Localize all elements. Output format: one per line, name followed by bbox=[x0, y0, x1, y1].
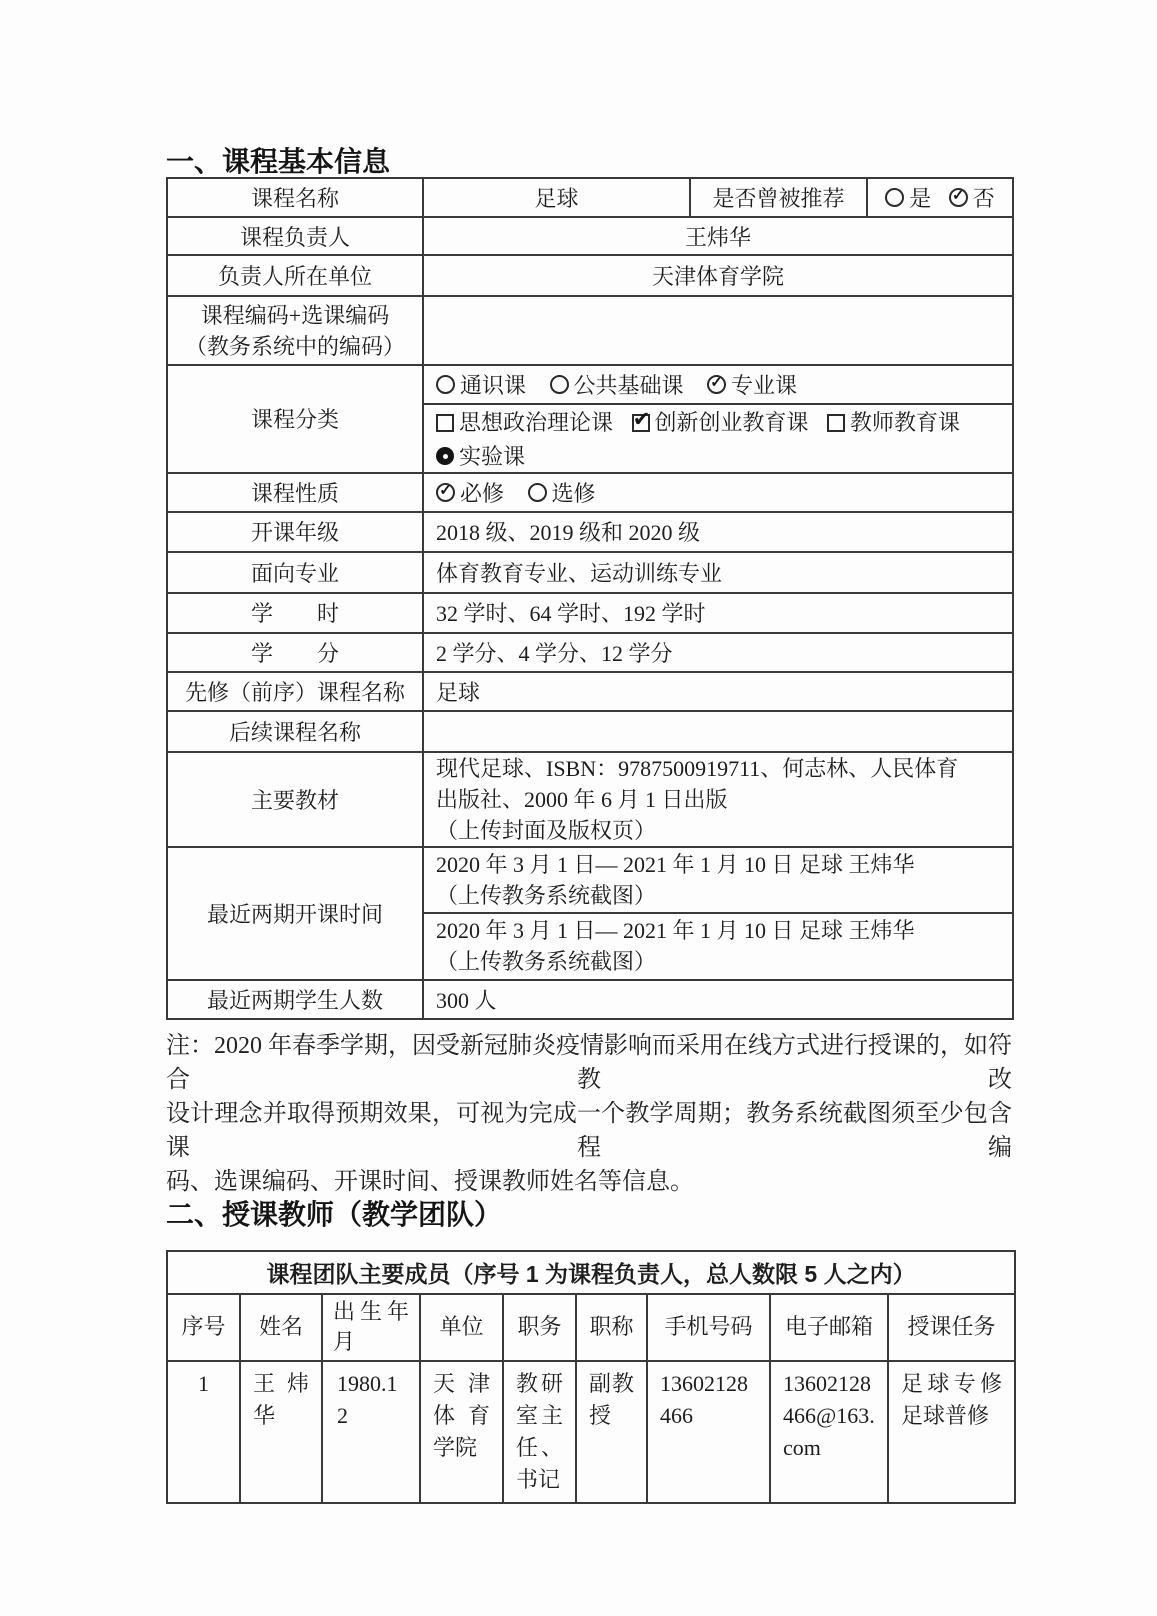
member-unit: 天津体育学院 bbox=[420, 1361, 503, 1503]
radio-checked-icon: ✓ bbox=[436, 483, 455, 502]
radio-unchecked-icon bbox=[436, 375, 455, 394]
term-line: （上传教务系统截图） bbox=[436, 880, 1000, 911]
option-label: 思想政治理论课 bbox=[459, 407, 613, 438]
textbook-line: （上传封面及版权页） bbox=[436, 815, 1000, 846]
col-header-duty: 职务 bbox=[503, 1294, 576, 1361]
option-label: 创新创业教育课 bbox=[655, 407, 809, 438]
subsequent-value[interactable] bbox=[423, 711, 1013, 752]
prerequisite-label: 先修（前序）课程名称 bbox=[167, 672, 423, 711]
classification-options-row2: 思想政治理论课 ✔ 创新创业教育课 教师教育课 bbox=[423, 404, 1013, 473]
row-students: 最近两期学生人数 300 人 bbox=[167, 980, 1013, 1019]
row-grade: 开课年级 2018 级、2019 级和 2020 级 bbox=[167, 512, 1013, 552]
member-title: 副教授 bbox=[576, 1361, 647, 1503]
option-innovation-course[interactable]: ✔ 创新创业教育课 bbox=[632, 407, 809, 438]
recommended-label: 是否曾被推荐 bbox=[690, 178, 867, 217]
col-header-phone: 手机号码 bbox=[647, 1294, 770, 1361]
row-leader: 课程负责人 王炜华 bbox=[167, 217, 1013, 255]
member-phone: 13602128466 bbox=[647, 1361, 770, 1503]
option-elective[interactable]: 选修 bbox=[528, 477, 596, 508]
radio-filled-icon bbox=[436, 447, 454, 465]
option-label: 教师教育课 bbox=[850, 407, 960, 438]
recent-terms-label: 最近两期开课时间 bbox=[167, 847, 423, 980]
radio-unchecked-icon bbox=[528, 483, 547, 502]
hours-label: 学 时 bbox=[167, 593, 423, 633]
textbook-line: 现代足球、ISBN：9787500919711、何志林、人民体育 bbox=[436, 753, 1000, 784]
teaching-team-table: 课程团队主要成员（序号 1 为课程负责人，总人数限 5 人之内） 序号 姓名 出… bbox=[166, 1250, 1016, 1504]
member-email: 13602128466@163.com bbox=[770, 1361, 888, 1503]
document-content: 一、课程基本信息 课程名称 足球 是否曾被推荐 是 ✓ 否 bbox=[166, 146, 1014, 1504]
leader-unit-value: 天津体育学院 bbox=[423, 255, 1013, 296]
grade-value: 2018 级、2019 级和 2020 级 bbox=[423, 512, 1013, 552]
recent-term2-value: 2020 年 3 月 1 日— 2021 年 1 月 10 日 足球 王炜华 （… bbox=[423, 913, 1013, 980]
team-table-title-row: 课程团队主要成员（序号 1 为课程负责人，总人数限 5 人之内） bbox=[167, 1251, 1015, 1294]
credits-value: 2 学分、4 学分、12 学分 bbox=[423, 633, 1013, 672]
term-line: 2020 年 3 月 1 日— 2021 年 1 月 10 日 足球 王炜华 bbox=[436, 915, 1000, 946]
leader-label: 课程负责人 bbox=[167, 217, 423, 255]
option-label: 专业课 bbox=[731, 369, 797, 400]
option-label: 是 bbox=[909, 182, 931, 213]
majors-label: 面向专业 bbox=[167, 552, 423, 593]
row-credits: 学 分 2 学分、4 学分、12 学分 bbox=[167, 633, 1013, 672]
col-header-task: 授课任务 bbox=[888, 1294, 1015, 1361]
term-line: （上传教务系统截图） bbox=[436, 946, 1000, 977]
radio-unchecked-icon bbox=[550, 375, 569, 394]
course-name-label: 课程名称 bbox=[167, 178, 423, 217]
member-task: 足球专修 足球普修 bbox=[888, 1361, 1015, 1503]
recommended-options: 是 ✓ 否 bbox=[867, 178, 1013, 217]
option-experimental-course[interactable]: 实验课 bbox=[436, 441, 525, 472]
option-ideological-course[interactable]: 思想政治理论课 bbox=[436, 407, 613, 438]
prerequisite-value: 足球 bbox=[423, 672, 1013, 711]
footnote-line: 注：2020 年春季学期，因受新冠肺炎疫情影响而采用在线方式进行授课的，如符合教… bbox=[166, 1029, 1012, 1097]
row-course-code: 课程编码+选课编码 （教务系统中的编码） bbox=[167, 296, 1013, 365]
nature-options: ✓ 必修 选修 bbox=[423, 473, 1013, 512]
col-header-unit: 单位 bbox=[420, 1294, 503, 1361]
majors-value: 体育教育专业、运动训练专业 bbox=[423, 552, 1013, 593]
classification-options-row1: 通识课 公共基础课 ✓ 专业课 bbox=[423, 365, 1013, 404]
row-prerequisite: 先修（前序）课程名称 足球 bbox=[167, 672, 1013, 711]
course-code-label-line2: （教务系统中的编码） bbox=[178, 331, 412, 362]
textbook-line: 出版社、2000 年 6 月 1 日出版 bbox=[436, 784, 1000, 815]
textbook-value: 现代足球、ISBN：9787500919711、何志林、人民体育 出版社、200… bbox=[423, 752, 1013, 847]
row-majors: 面向专业 体育教育专业、运动训练专业 bbox=[167, 552, 1013, 593]
term-line: 2020 年 3 月 1 日— 2021 年 1 月 10 日 足球 王炜华 bbox=[436, 849, 1000, 880]
team-table-header-row: 序号 姓名 出生年月 单位 职务 职称 手机号码 电子邮箱 授课任务 bbox=[167, 1294, 1015, 1361]
row-hours: 学 时 32 学时、64 学时、192 学时 bbox=[167, 593, 1013, 633]
footnote-line: 设计理念并取得预期效果，可视为完成一个教学周期；教务系统截图须至少包含课程编 bbox=[166, 1097, 1012, 1165]
member-name: 王炜华 bbox=[240, 1361, 322, 1503]
footnote: 注：2020 年春季学期，因受新冠肺炎疫情影响而采用在线方式进行授课的，如符合教… bbox=[166, 1029, 1012, 1199]
option-label: 通识课 bbox=[460, 369, 526, 400]
course-name-value: 足球 bbox=[423, 178, 690, 217]
option-professional-course[interactable]: ✓ 专业课 bbox=[707, 369, 797, 400]
col-header-email: 电子邮箱 bbox=[770, 1294, 888, 1361]
member-no: 1 bbox=[167, 1361, 240, 1503]
row-classification-1: 课程分类 通识课 公共基础课 ✓ 专业课 bbox=[167, 365, 1013, 404]
radio-checked-icon: ✓ bbox=[949, 188, 968, 207]
subsequent-label: 后续课程名称 bbox=[167, 711, 423, 752]
grade-label: 开课年级 bbox=[167, 512, 423, 552]
leader-unit-label: 负责人所在单位 bbox=[167, 255, 423, 296]
col-header-name: 姓名 bbox=[240, 1294, 322, 1361]
leader-value: 王炜华 bbox=[423, 217, 1013, 255]
students-label: 最近两期学生人数 bbox=[167, 980, 423, 1019]
option-label: 必修 bbox=[460, 477, 504, 508]
option-label: 选修 bbox=[552, 477, 596, 508]
footnote-line: 码、选课编码、开课时间、授课教师姓名等信息。 bbox=[166, 1165, 1012, 1199]
col-header-birth: 出生年月 bbox=[322, 1294, 420, 1361]
credits-label: 学 分 bbox=[167, 633, 423, 672]
students-value: 300 人 bbox=[423, 980, 1013, 1019]
option-label: 公共基础课 bbox=[574, 369, 684, 400]
checkbox-unchecked-icon bbox=[827, 414, 845, 432]
option-public-basic-course[interactable]: 公共基础课 bbox=[550, 369, 684, 400]
row-textbook: 主要教材 现代足球、ISBN：9787500919711、何志林、人民体育 出版… bbox=[167, 752, 1013, 847]
col-header-no: 序号 bbox=[167, 1294, 240, 1361]
option-recommended-yes[interactable]: 是 bbox=[885, 182, 931, 213]
row-recent-term-1: 最近两期开课时间 2020 年 3 月 1 日— 2021 年 1 月 10 日… bbox=[167, 847, 1013, 913]
radio-unchecked-icon bbox=[885, 188, 904, 207]
option-label: 否 bbox=[973, 182, 995, 213]
section1-title: 一、课程基本信息 bbox=[166, 146, 1014, 177]
nature-label: 课程性质 bbox=[167, 473, 423, 512]
option-label: 实验课 bbox=[459, 441, 525, 472]
option-recommended-no[interactable]: ✓ 否 bbox=[949, 182, 995, 213]
option-general-course[interactable]: 通识课 bbox=[436, 369, 526, 400]
col-header-title: 职称 bbox=[576, 1294, 647, 1361]
row-course-name: 课程名称 足球 是否曾被推荐 是 ✓ 否 bbox=[167, 178, 1013, 217]
section2-title: 二、授课教师（教学团队） bbox=[166, 1199, 1014, 1230]
member-birth: 1980.12 bbox=[322, 1361, 420, 1503]
document-page: 一、课程基本信息 课程名称 足球 是否曾被推荐 是 ✓ 否 bbox=[0, 0, 1157, 1616]
course-code-label-line1: 课程编码+选课编码 bbox=[178, 300, 412, 331]
checkbox-unchecked-icon bbox=[436, 414, 454, 432]
classification-label: 课程分类 bbox=[167, 365, 423, 473]
option-teacher-edu-course[interactable]: 教师教育课 bbox=[827, 407, 960, 438]
textbook-label: 主要教材 bbox=[167, 752, 423, 847]
radio-checked-icon: ✓ bbox=[707, 375, 726, 394]
course-code-value[interactable] bbox=[423, 296, 1013, 365]
member-duty: 教研室主任、书记 bbox=[503, 1361, 576, 1503]
hours-value: 32 学时、64 学时、192 学时 bbox=[423, 593, 1013, 633]
team-table-title: 课程团队主要成员（序号 1 为课程负责人，总人数限 5 人之内） bbox=[167, 1251, 1015, 1294]
course-code-label: 课程编码+选课编码 （教务系统中的编码） bbox=[167, 296, 423, 365]
row-subsequent: 后续课程名称 bbox=[167, 711, 1013, 752]
course-info-table: 课程名称 足球 是否曾被推荐 是 ✓ 否 课程负责人 王炜华 bbox=[166, 177, 1014, 1020]
row-nature: 课程性质 ✓ 必修 选修 bbox=[167, 473, 1013, 512]
team-member-row: 1 王炜华 1980.12 天津体育学院 教研室主任、书记 副教授 136021… bbox=[167, 1361, 1015, 1503]
row-leader-unit: 负责人所在单位 天津体育学院 bbox=[167, 255, 1013, 296]
recent-term1-value: 2020 年 3 月 1 日— 2021 年 1 月 10 日 足球 王炜华 （… bbox=[423, 847, 1013, 913]
option-required[interactable]: ✓ 必修 bbox=[436, 477, 504, 508]
checkbox-checked-icon: ✔ bbox=[632, 414, 650, 432]
